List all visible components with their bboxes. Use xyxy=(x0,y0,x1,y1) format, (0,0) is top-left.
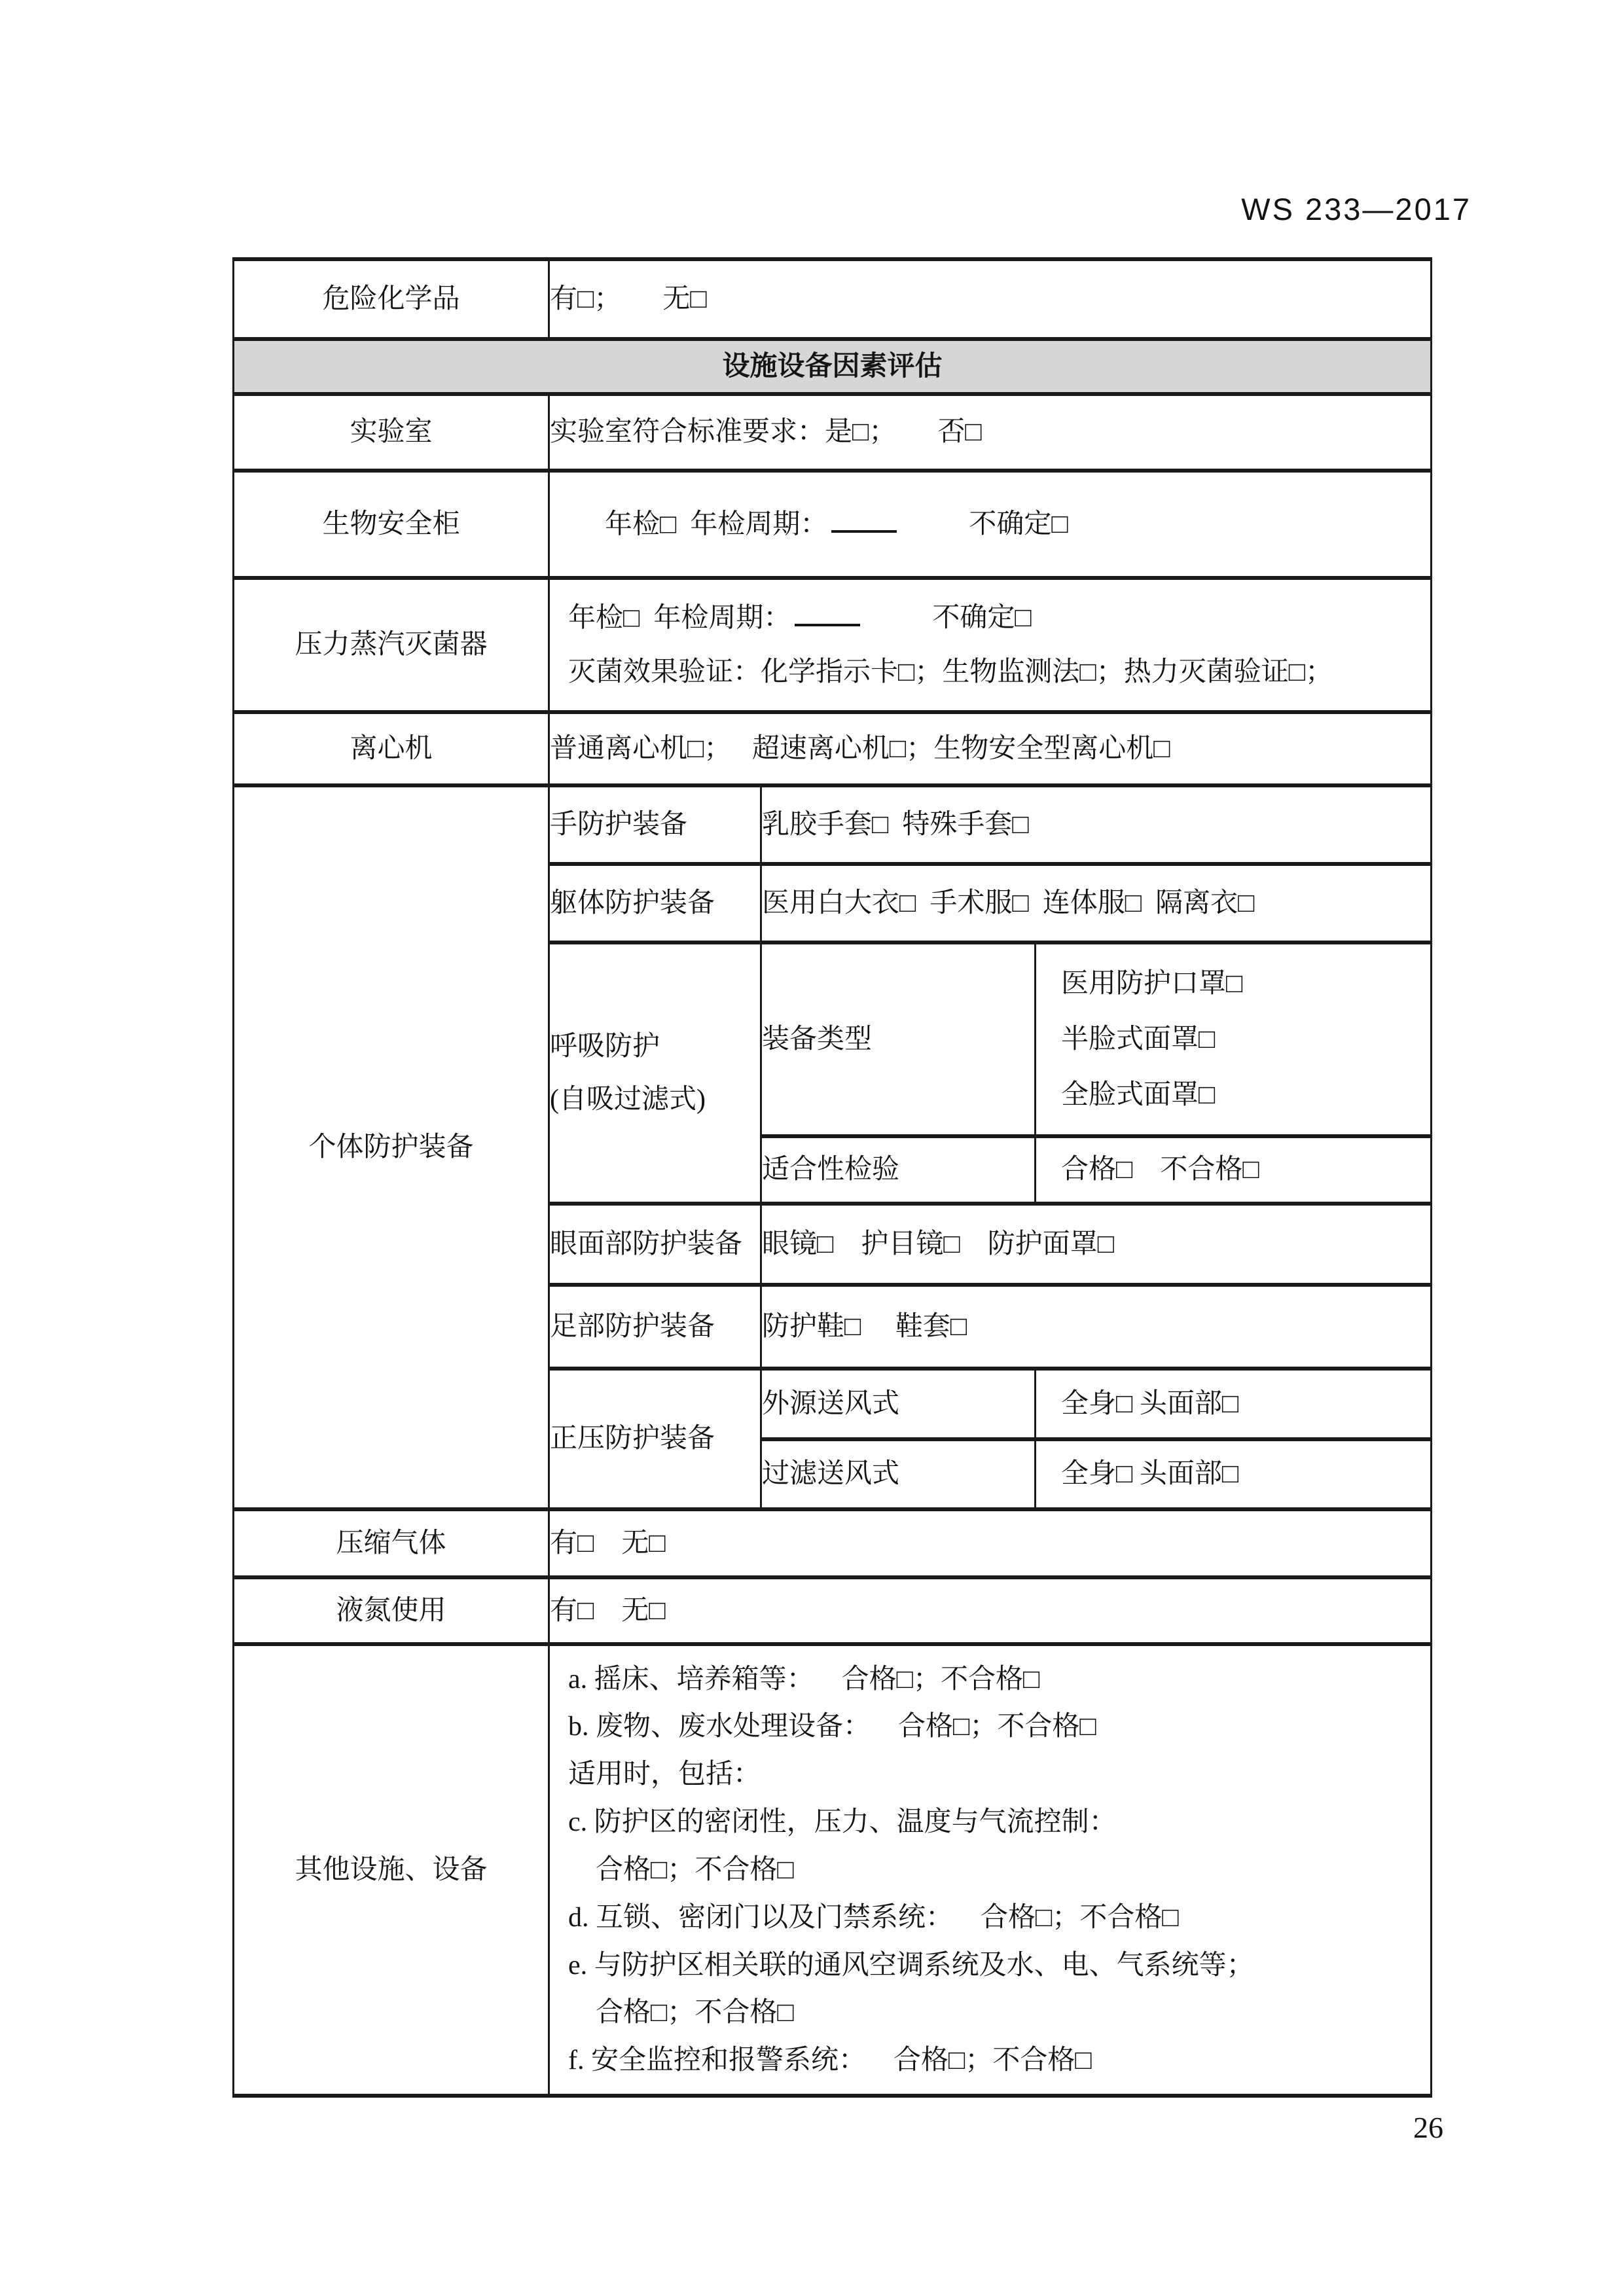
compressed-gas-label: 压缩气体 xyxy=(234,1509,549,1577)
row-liquid-nitrogen: 液氮使用 有□ 无□ xyxy=(234,1577,1432,1644)
autoclave-annual-check-line: 年检□ 年检周期：不确定□ xyxy=(568,601,1430,636)
ppe-pressure-external-label: 外源送风式 xyxy=(761,1369,1036,1439)
blank-underline xyxy=(795,601,860,627)
ppe-body-label: 躯体防护装备 xyxy=(549,864,761,942)
row-compressed-gas: 压缩气体 有□ 无□ xyxy=(234,1509,1432,1577)
row-autoclave: 压力蒸汽灭菌器 年检□ 年检周期：不确定□ 灭菌效果验证：化学指示卡□；生物监测… xyxy=(234,578,1432,712)
ppe-respiratory-label: 呼吸防护 (自吸过滤式) xyxy=(549,942,761,1204)
other-line-b: b. 废物、废水处理设备： 合格□；不合格□ xyxy=(568,1710,1430,1744)
ppe-fit-test-options: 合格□ 不合格□ xyxy=(1036,1136,1432,1204)
blank-underline xyxy=(831,507,897,533)
ppe-pressure-filtered-label: 过滤送风式 xyxy=(761,1439,1036,1509)
ppe-label: 个体防护装备 xyxy=(234,785,549,1509)
ppe-body-options: 医用白大衣□ 手术服□ 连体服□ 隔离衣□ xyxy=(761,864,1432,942)
other-line-a: a. 摇床、培养箱等： 合格□；不合格□ xyxy=(568,1662,1430,1697)
autoclave-sterilization-line: 灭菌效果验证：化学指示卡□；生物监测法□；热力灭菌验证□； xyxy=(568,655,1430,690)
other-line-c-result: 合格□；不合格□ xyxy=(568,1853,1430,1888)
ppe-respiratory-type-options: 医用防护口罩□ 半脸式面罩□ 全脸式面罩□ xyxy=(1036,942,1432,1136)
laboratory-options: 实验室符合标准要求：是□； 否□ xyxy=(549,394,1432,471)
page-number: 26 xyxy=(1345,2110,1443,2145)
row-biosafety-cabinet: 生物安全柜 年检□ 年检周期：不确定□ xyxy=(234,471,1432,578)
bsc-uncertain-text: 不确定□ xyxy=(969,509,1068,539)
bsc-annual-check-text: 年检□ 年检周期： xyxy=(605,509,827,539)
row-section-header: 设施设备因素评估 xyxy=(234,339,1432,394)
other-facilities-options: a. 摇床、培养箱等： 合格□；不合格□ b. 废物、废水处理设备： 合格□；不… xyxy=(549,1644,1432,2096)
document-page: WS 233—2017 危险化学品 有□； 无□ 设施设备因素评估 实验室 实验… xyxy=(0,0,1624,2296)
assessment-table: 危险化学品 有□； 无□ 设施设备因素评估 实验室 实验室符合标准要求：是□； … xyxy=(232,257,1432,2098)
row-centrifuge: 离心机 普通离心机□； 超速离心机□；生物安全型离心机□ xyxy=(234,712,1432,785)
laboratory-label: 实验室 xyxy=(234,394,549,471)
hazardous-chemicals-options: 有□； 无□ xyxy=(549,259,1432,339)
other-facilities-label: 其他设施、设备 xyxy=(234,1644,549,2096)
ppe-foot-label: 足部防护装备 xyxy=(549,1285,761,1369)
liquid-nitrogen-options: 有□ 无□ xyxy=(549,1577,1432,1644)
hazardous-chemicals-label: 危险化学品 xyxy=(234,259,549,339)
ppe-eye-label: 眼面部防护装备 xyxy=(549,1204,761,1285)
ppe-fit-test-label: 适合性检验 xyxy=(761,1136,1036,1204)
ppe-respiratory-type-label: 装备类型 xyxy=(761,942,1036,1136)
ppe-hand-label: 手防护装备 xyxy=(549,785,761,864)
ppe-hand-options: 乳胶手套□ 特殊手套□ xyxy=(761,785,1432,864)
other-line-f: f. 安全监控和报警系统： 合格□；不合格□ xyxy=(568,2043,1430,2078)
biosafety-cabinet-options: 年检□ 年检周期：不确定□ xyxy=(549,471,1432,578)
other-line-applicable: 适用时，包括： xyxy=(568,1757,1430,1792)
row-laboratory: 实验室 实验室符合标准要求：是□； 否□ xyxy=(234,394,1432,471)
biosafety-cabinet-label: 生物安全柜 xyxy=(234,471,549,578)
option-medical-mask: 医用防护口罩□ xyxy=(1061,967,1430,1001)
ppe-foot-options: 防护鞋□ 鞋套□ xyxy=(761,1285,1432,1369)
autoclave-options: 年检□ 年检周期：不确定□ 灭菌效果验证：化学指示卡□；生物监测法□；热力灭菌验… xyxy=(549,578,1432,712)
ppe-eye-options: 眼镜□ 护目镜□ 防护面罩□ xyxy=(761,1204,1432,1285)
autoclave-label: 压力蒸汽灭菌器 xyxy=(234,578,549,712)
centrifuge-options: 普通离心机□； 超速离心机□；生物安全型离心机□ xyxy=(549,712,1432,785)
row-hazardous-chemicals: 危险化学品 有□； 无□ xyxy=(234,259,1432,339)
ppe-pressure-filtered-options: 全身□ 头面部□ xyxy=(1036,1439,1432,1509)
other-line-e-result: 合格□；不合格□ xyxy=(568,1996,1430,2030)
ppe-pressure-label: 正压防护装备 xyxy=(549,1369,761,1509)
other-line-e: e. 与防护区相关联的通风空调系统及水、电、气系统等； xyxy=(568,1948,1430,1983)
row-ppe-hand: 个体防护装备 手防护装备 乳胶手套□ 特殊手套□ xyxy=(234,785,1432,864)
row-other-facilities: 其他设施、设备 a. 摇床、培养箱等： 合格□；不合格□ b. 废物、废水处理设… xyxy=(234,1644,1432,2096)
ppe-pressure-external-options: 全身□ 头面部□ xyxy=(1036,1369,1432,1439)
option-full-face-mask: 全脸式面罩□ xyxy=(1061,1078,1430,1113)
other-line-d: d. 互锁、密闭门以及门禁系统： 合格□；不合格□ xyxy=(568,1901,1430,1935)
other-line-c: c. 防护区的密闭性，压力、温度与气流控制： xyxy=(568,1805,1430,1840)
compressed-gas-options: 有□ 无□ xyxy=(549,1509,1432,1577)
section-header-facility-equipment: 设施设备因素评估 xyxy=(234,339,1432,394)
centrifuge-label: 离心机 xyxy=(234,712,549,785)
option-half-face-mask: 半脸式面罩□ xyxy=(1061,1022,1430,1057)
liquid-nitrogen-label: 液氮使用 xyxy=(234,1577,549,1644)
doc-number: WS 233—2017 xyxy=(1231,191,1471,227)
